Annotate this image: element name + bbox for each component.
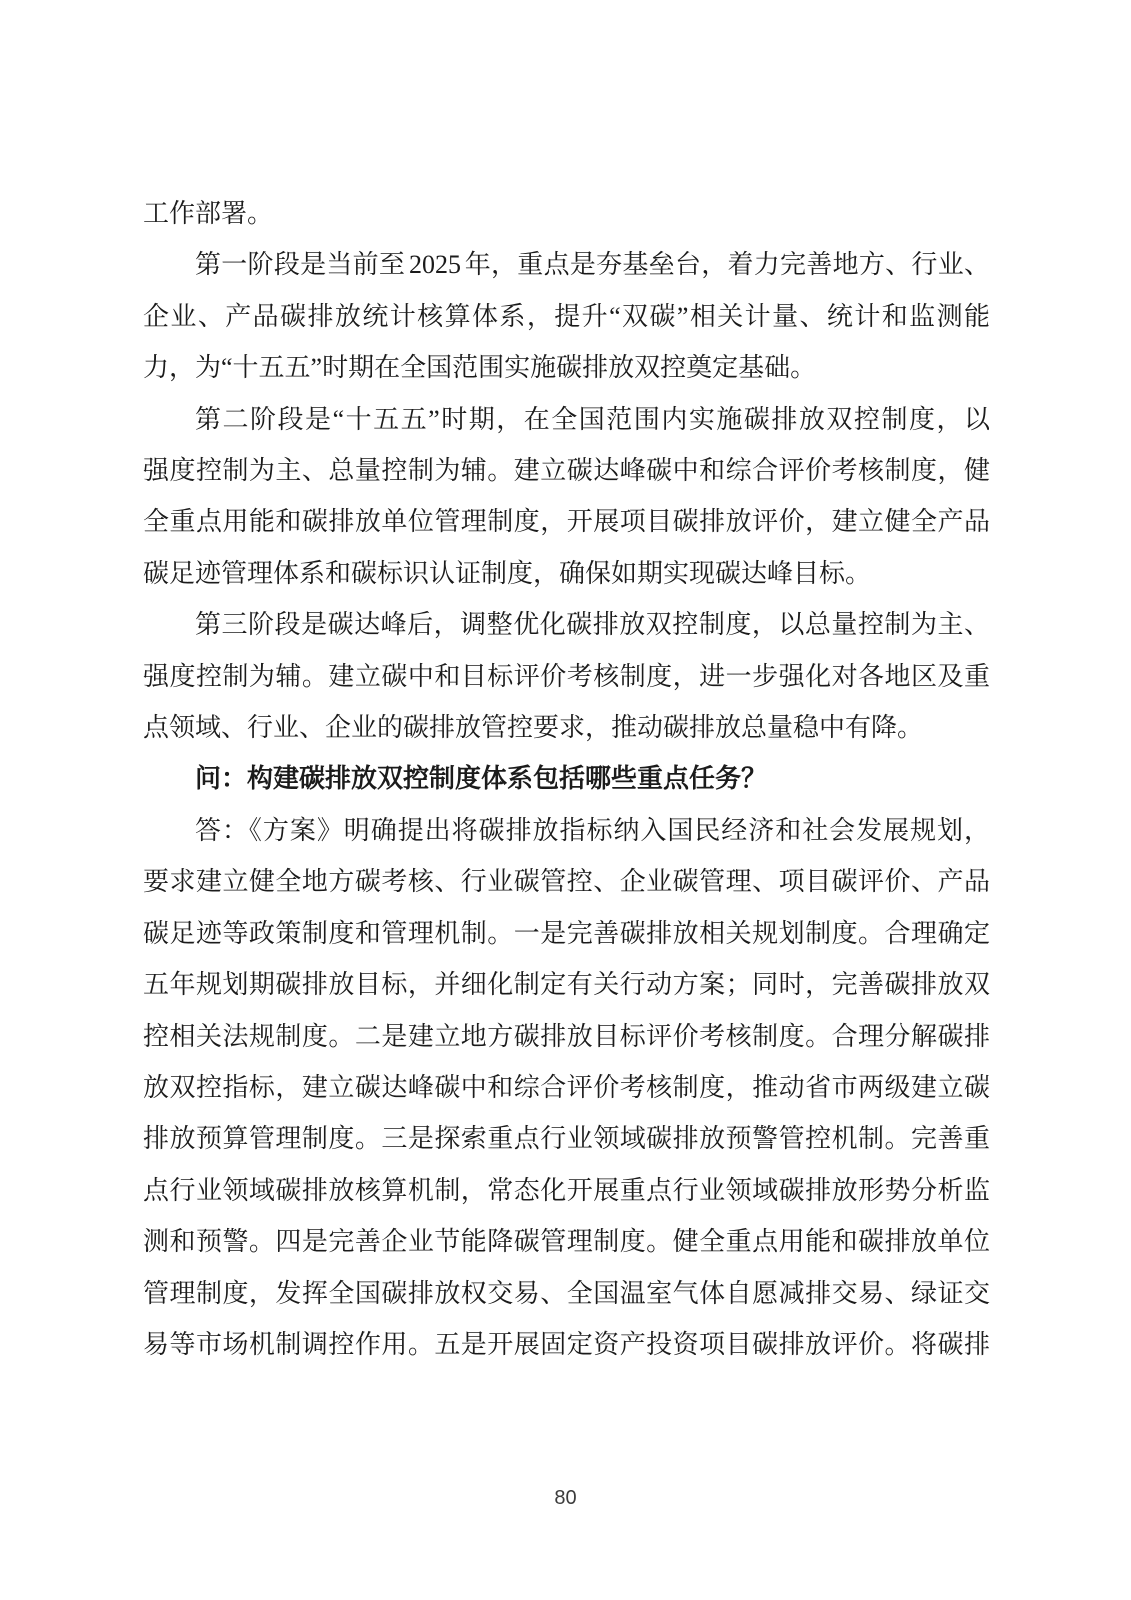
text-line: 问：构建碳排放双控制度体系包括哪些重点任务？ (143, 753, 990, 804)
text-line: 强度控制为辅。建立碳中和目标评价考核制度，进一步强化对各地区及重 (143, 651, 990, 702)
text-line: 管理制度，发挥全国碳排放权交易、全国温室气体自愿减排交易、绿证交 (143, 1268, 990, 1319)
text-line: 第二阶段是“十五五”时期，在全国范围内实施碳排放双控制度，以 (143, 394, 990, 445)
document-page: 工作部署。第一阶段是当前至 2025 年，重点是夯基垒台，着力完善地方、行业、企… (0, 0, 1131, 1600)
text-line: 第三阶段是碳达峰后，调整优化碳排放双控制度，以总量控制为主、 (143, 599, 990, 650)
text-line: 答：《方案》明确提出将碳排放指标纳入国民经济和社会发展规划， (143, 805, 990, 856)
page-number: 80 (0, 1487, 1131, 1510)
paragraph: 答：《方案》明确提出将碳排放指标纳入国民经济和社会发展规划，要求建立健全地方碳考… (143, 805, 990, 1370)
text-line: 工作部署。 (143, 188, 990, 239)
text-line: 强度控制为主、总量控制为辅。建立碳达峰碳中和综合评价考核制度，健 (143, 445, 990, 496)
paragraph: 工作部署。 (143, 188, 990, 239)
question-paragraph: 问：构建碳排放双控制度体系包括哪些重点任务？ (143, 753, 990, 804)
text-line: 全重点用能和碳排放单位管理制度，开展项目碳排放评价，建立健全产品 (143, 496, 990, 547)
text-block: 工作部署。第一阶段是当前至 2025 年，重点是夯基垒台，着力完善地方、行业、企… (143, 188, 990, 1370)
text-line: 测和预警。四是完善企业节能降碳管理制度。健全重点用能和碳排放单位 (143, 1216, 990, 1267)
text-line: 企业、产品碳排放统计核算体系，提升“双碳”相关计量、统计和监测能 (143, 291, 990, 342)
text-line: 控相关法规制度。二是建立地方碳排放目标评价考核制度。合理分解碳排 (143, 1011, 990, 1062)
text-line: 力，为“十五五”时期在全国范围实施碳排放双控奠定基础。 (143, 342, 990, 393)
text-line: 易等市场机制调控作用。五是开展固定资产投资项目碳排放评价。将碳排 (143, 1319, 990, 1370)
paragraph: 第一阶段是当前至 2025 年，重点是夯基垒台，着力完善地方、行业、企业、产品碳… (143, 239, 990, 393)
paragraph: 第二阶段是“十五五”时期，在全国范围内实施碳排放双控制度，以强度控制为主、总量控… (143, 394, 990, 600)
text-line: 五年规划期碳排放目标，并细化制定有关行动方案；同时，完善碳排放双 (143, 959, 990, 1010)
text-line: 第一阶段是当前至 2025 年，重点是夯基垒台，着力完善地方、行业、 (143, 239, 990, 290)
paragraph: 第三阶段是碳达峰后，调整优化碳排放双控制度，以总量控制为主、强度控制为辅。建立碳… (143, 599, 990, 753)
text-line: 点行业领域碳排放核算机制，常态化开展重点行业领域碳排放形势分析监 (143, 1165, 990, 1216)
text-line: 碳足迹等政策制度和管理机制。一是完善碳排放相关规划制度。合理确定 (143, 908, 990, 959)
text-line: 要求建立健全地方碳考核、行业碳管控、企业碳管理、项目碳评价、产品 (143, 856, 990, 907)
text-line: 碳足迹管理体系和碳标识认证制度，确保如期实现碳达峰目标。 (143, 548, 990, 599)
text-line: 排放预算管理制度。三是探索重点行业领域碳排放预警管控机制。完善重 (143, 1113, 990, 1164)
text-line: 点领域、行业、企业的碳排放管控要求，推动碳排放总量稳中有降。 (143, 702, 990, 753)
text-line: 放双控指标，建立碳达峰碳中和综合评价考核制度，推动省市两级建立碳 (143, 1062, 990, 1113)
